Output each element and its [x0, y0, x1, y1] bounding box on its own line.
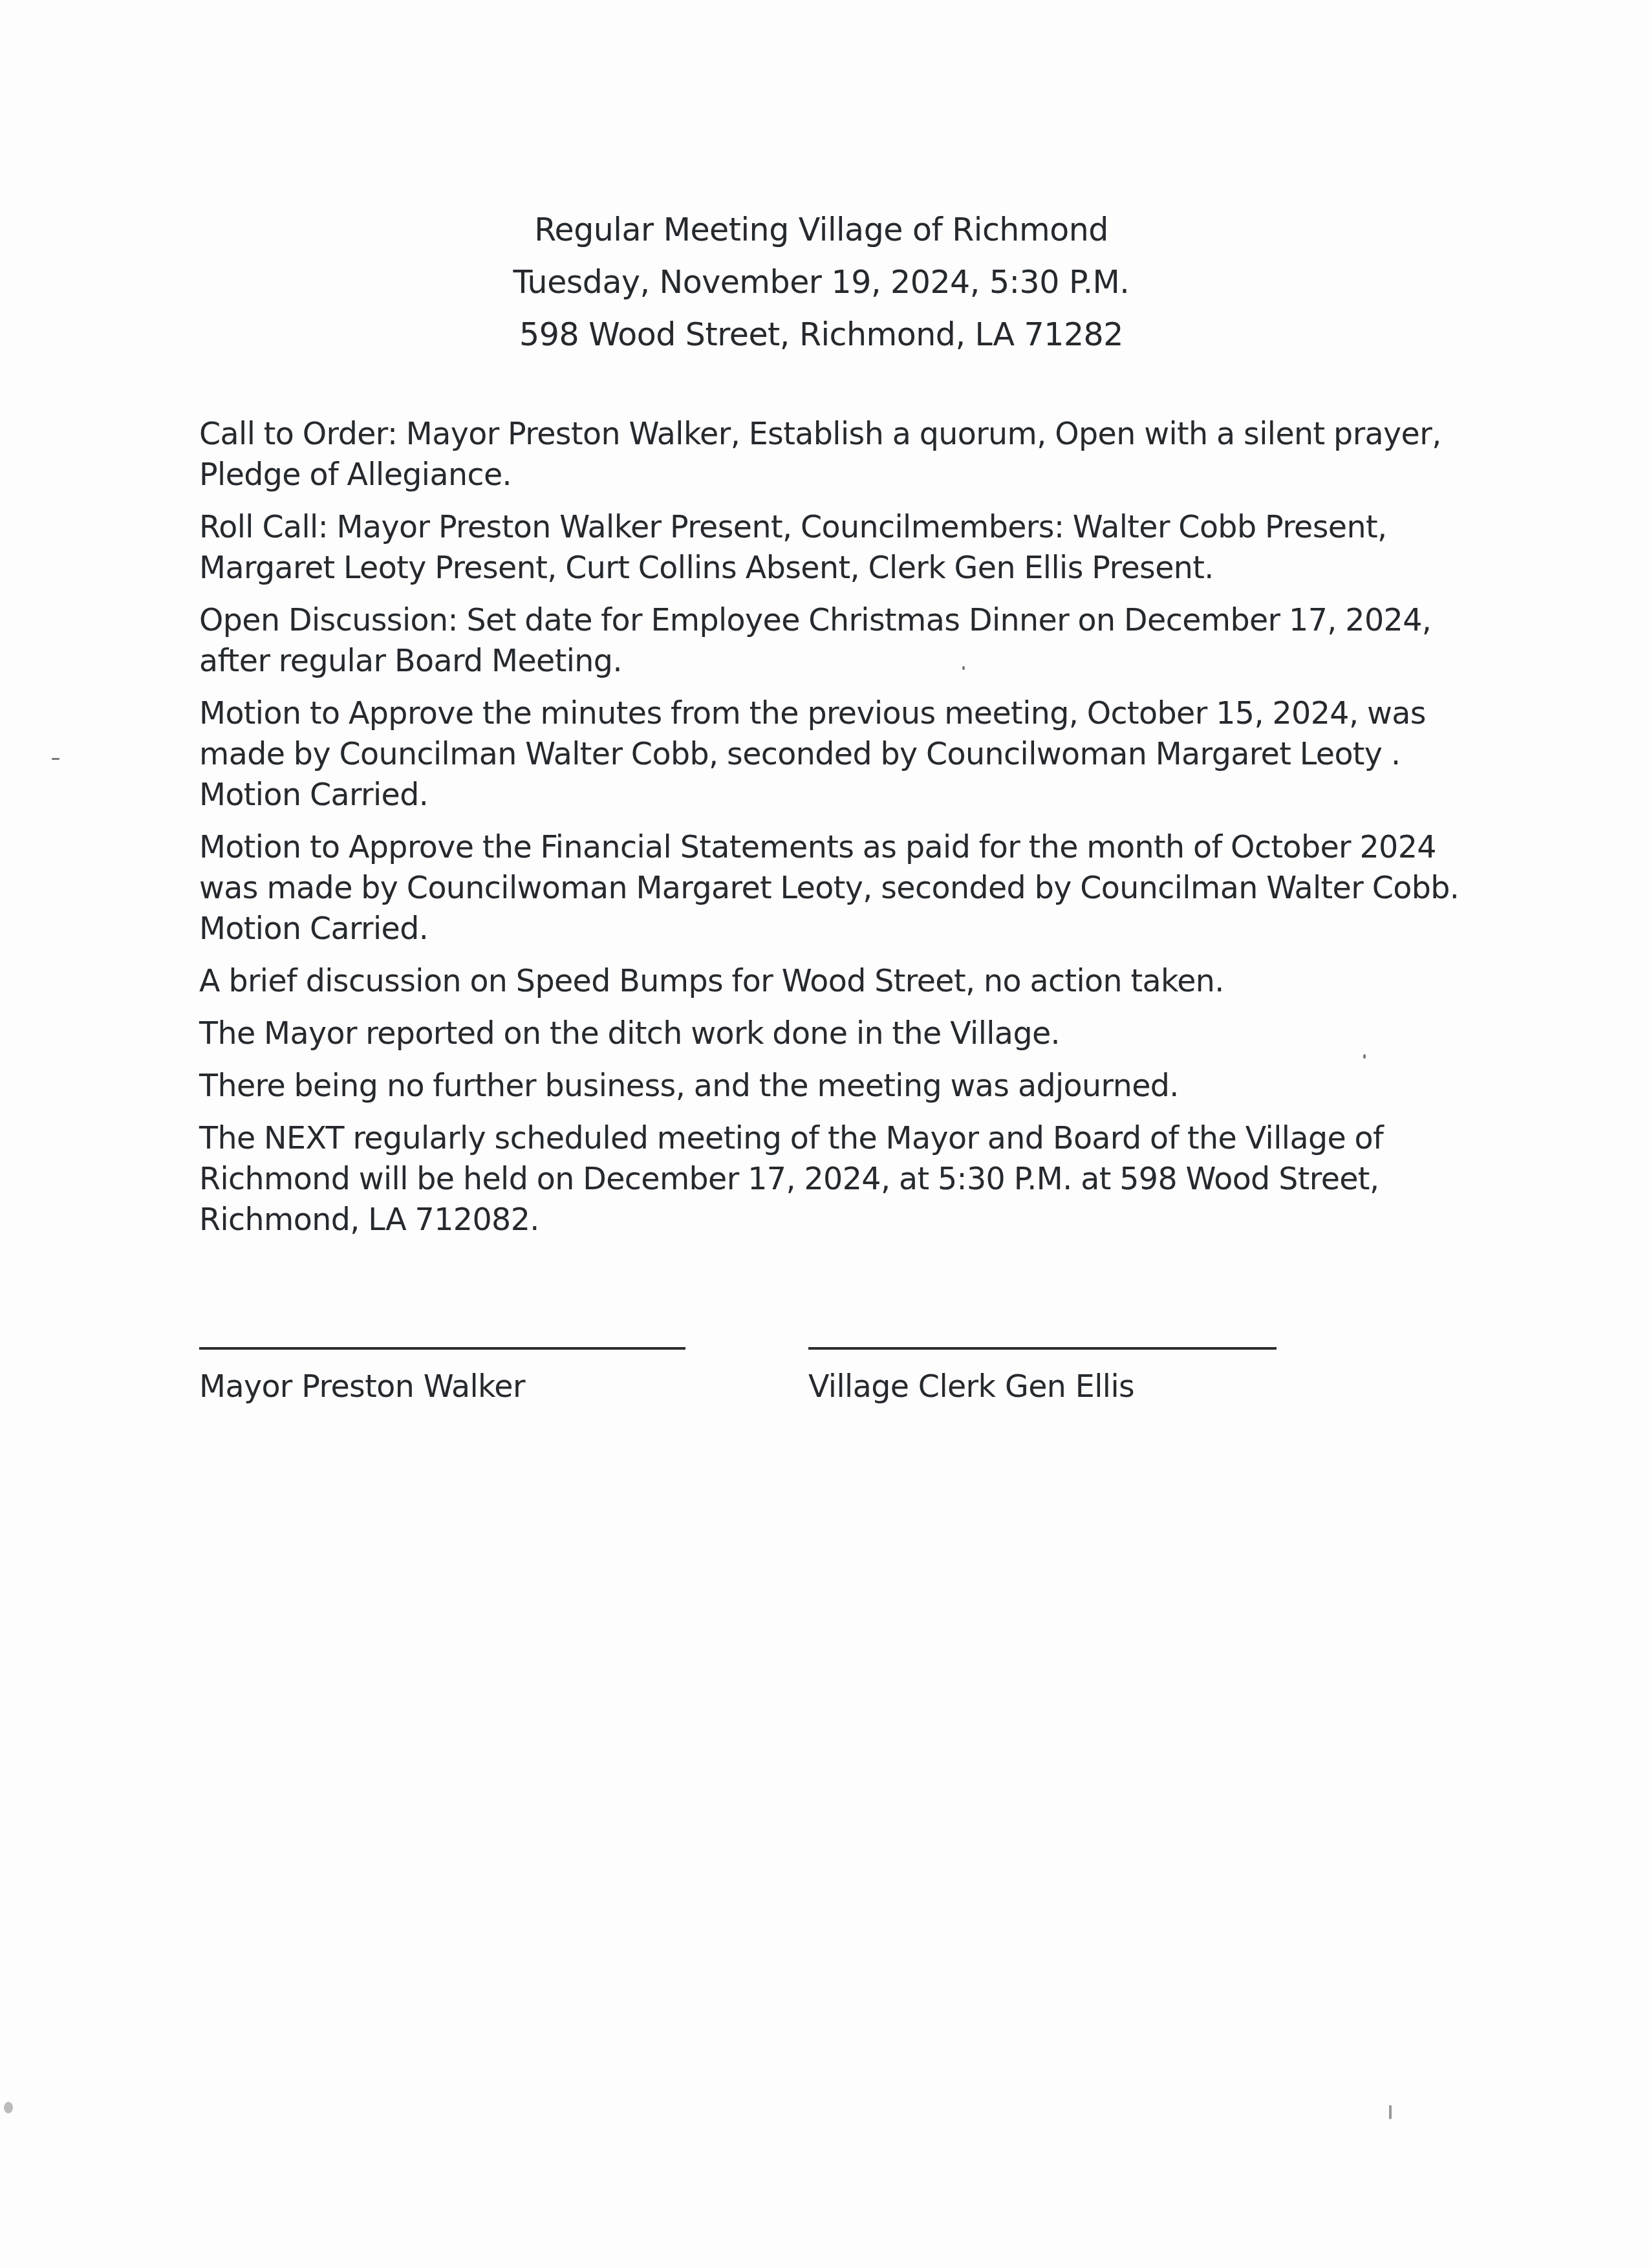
scan-speck [962, 666, 965, 670]
open-discussion: Open Discussion: Set date for Employee C… [199, 600, 1467, 682]
clerk-signature-label: Village Clerk Gen Ellis [808, 1368, 1277, 1407]
speed-bumps-discussion: A brief discussion on Speed Bumps for Wo… [199, 961, 1467, 1002]
motion-approve-financials: Motion to Approve the Financial Statemen… [199, 827, 1467, 949]
mayor-signature-block: Mayor Preston Walker [199, 1347, 685, 1407]
document-page: Regular Meeting Village of Richmond Tues… [0, 0, 1649, 2268]
meeting-date-time: Tuesday, November 19, 2024, 5:30 P.M. [0, 256, 1643, 308]
mayor-report: The Mayor reported on the ditch work don… [199, 1013, 1467, 1054]
scan-speck [4, 2102, 13, 2113]
scan-speck [52, 758, 59, 760]
scan-speck [1389, 2105, 1392, 2119]
minutes-body: Call to Order: Mayor Preston Walker, Est… [199, 414, 1467, 1252]
meeting-header: Regular Meeting Village of Richmond Tues… [0, 204, 1643, 361]
clerk-signature-line [808, 1347, 1277, 1350]
clerk-signature-block: Village Clerk Gen Ellis [808, 1347, 1277, 1407]
meeting-address: 598 Wood Street, Richmond, LA 71282 [0, 308, 1643, 361]
call-to-order: Call to Order: Mayor Preston Walker, Est… [199, 414, 1467, 495]
next-meeting-notice: The NEXT regularly scheduled meeting of … [199, 1118, 1467, 1240]
scan-speck [1363, 1054, 1366, 1059]
roll-call: Roll Call: Mayor Preston Walker Present,… [199, 507, 1467, 589]
mayor-signature-line [199, 1347, 685, 1350]
adjournment: There being no further business, and the… [199, 1066, 1467, 1107]
meeting-title: Regular Meeting Village of Richmond [0, 204, 1643, 256]
mayor-signature-label: Mayor Preston Walker [199, 1368, 685, 1407]
motion-approve-minutes: Motion to Approve the minutes from the p… [199, 693, 1467, 815]
